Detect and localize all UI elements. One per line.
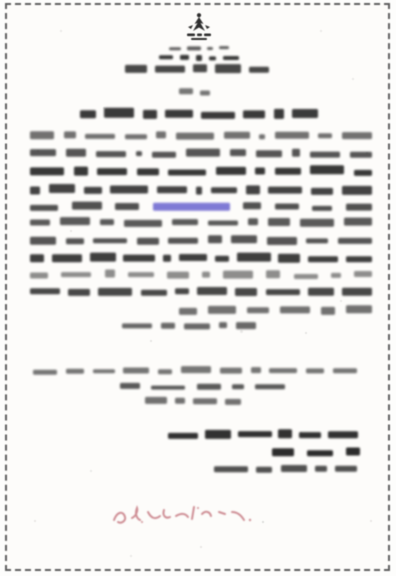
word-blob bbox=[308, 257, 338, 263]
word-blob bbox=[179, 254, 207, 261]
body-line bbox=[30, 162, 372, 175]
body-line-with-link bbox=[30, 198, 372, 210]
word-blob bbox=[30, 254, 44, 262]
word-blob bbox=[268, 218, 290, 226]
word-blob bbox=[259, 134, 265, 139]
word-blob bbox=[315, 466, 327, 472]
word-blob bbox=[294, 274, 318, 279]
word-blob bbox=[66, 149, 86, 157]
word-blob bbox=[184, 324, 210, 330]
hyperlink-text[interactable] bbox=[153, 202, 230, 210]
scan-noise-speck bbox=[60, 30, 62, 32]
word-blob bbox=[193, 398, 217, 404]
word-blob bbox=[350, 152, 372, 158]
word-blob bbox=[247, 307, 269, 313]
word-blob bbox=[175, 288, 189, 294]
word-blob bbox=[246, 186, 260, 195]
word-blob bbox=[49, 184, 75, 193]
word-blob bbox=[208, 235, 222, 243]
word-blob bbox=[30, 149, 56, 156]
word-blob bbox=[96, 151, 126, 157]
word-blob bbox=[272, 448, 294, 456]
word-blob bbox=[197, 384, 221, 390]
word-blob bbox=[120, 383, 140, 389]
body-line bbox=[30, 232, 372, 244]
word-blob bbox=[281, 465, 307, 472]
scan-noise-speck bbox=[200, 546, 202, 548]
word-blob bbox=[104, 108, 134, 118]
word-blob bbox=[267, 237, 297, 245]
word-blob bbox=[100, 219, 114, 225]
word-blob bbox=[30, 131, 54, 140]
word-blob bbox=[90, 253, 116, 262]
word-blob bbox=[61, 272, 91, 277]
word-blob bbox=[312, 206, 332, 211]
word-blob bbox=[123, 254, 155, 261]
word-blob bbox=[202, 272, 210, 278]
word-blob bbox=[137, 169, 159, 176]
note-line bbox=[120, 378, 285, 389]
scan-noise-speck bbox=[366, 152, 368, 154]
word-blob bbox=[346, 305, 372, 314]
word-blob bbox=[145, 397, 167, 404]
scan-noise-speck bbox=[262, 521, 264, 523]
word-blob bbox=[208, 220, 238, 225]
body-line bbox=[30, 214, 372, 226]
word-blob bbox=[152, 151, 176, 158]
word-blob bbox=[155, 65, 185, 72]
word-blob bbox=[307, 450, 333, 456]
signature-line-2 bbox=[272, 443, 360, 456]
word-blob bbox=[72, 201, 102, 210]
word-blob bbox=[122, 323, 152, 328]
body-line bbox=[30, 249, 372, 262]
word-blob bbox=[136, 151, 142, 157]
signature-line-1 bbox=[168, 425, 358, 438]
word-blob bbox=[266, 289, 300, 295]
word-blob bbox=[215, 256, 229, 262]
word-blob bbox=[224, 132, 250, 139]
word-blob bbox=[308, 288, 334, 296]
word-blob bbox=[268, 187, 302, 194]
word-blob bbox=[181, 366, 211, 373]
word-blob bbox=[141, 290, 167, 296]
word-blob bbox=[346, 448, 360, 456]
scan-noise-speck bbox=[103, 107, 105, 109]
word-blob bbox=[205, 430, 231, 439]
word-blob bbox=[237, 252, 271, 262]
word-blob bbox=[85, 134, 115, 139]
scan-noise-speck bbox=[150, 340, 152, 342]
word-blob bbox=[93, 369, 115, 373]
word-blob bbox=[98, 288, 132, 296]
scan-noise-speck bbox=[352, 78, 354, 80]
word-blob bbox=[275, 203, 299, 210]
word-blob bbox=[201, 112, 235, 119]
page bbox=[0, 0, 396, 576]
word-blob bbox=[84, 187, 102, 194]
word-blob bbox=[168, 433, 198, 439]
word-blob bbox=[167, 271, 189, 279]
word-blob bbox=[193, 65, 207, 73]
letterhead-line-2 bbox=[158, 50, 240, 60]
state-emblem-icon bbox=[179, 12, 219, 42]
word-blob bbox=[163, 255, 171, 262]
word-blob bbox=[306, 238, 328, 243]
word-blob bbox=[186, 148, 220, 157]
word-blob bbox=[328, 431, 358, 438]
scan-noise-speck bbox=[130, 555, 132, 557]
word-blob bbox=[280, 307, 310, 314]
note-line bbox=[140, 393, 245, 404]
word-blob bbox=[318, 133, 332, 139]
word-blob bbox=[33, 370, 57, 375]
word-blob bbox=[161, 323, 175, 329]
scan-noise-speck bbox=[300, 432, 302, 434]
word-blob bbox=[64, 131, 76, 138]
note-line bbox=[33, 363, 357, 374]
word-blob bbox=[274, 108, 284, 119]
word-blob bbox=[311, 188, 333, 195]
word-blob bbox=[333, 368, 357, 373]
signature-line-3 bbox=[214, 460, 357, 472]
word-blob bbox=[223, 270, 253, 278]
word-blob bbox=[342, 288, 372, 296]
scan-noise-speck bbox=[305, 332, 307, 334]
word-blob bbox=[30, 186, 40, 194]
word-blob bbox=[342, 186, 372, 195]
word-blob bbox=[168, 237, 198, 244]
word-blob bbox=[157, 186, 187, 193]
word-blob bbox=[243, 203, 261, 210]
word-blob bbox=[30, 167, 64, 175]
word-blob bbox=[115, 203, 139, 211]
word-blob bbox=[66, 368, 84, 374]
word-blob bbox=[60, 217, 90, 225]
word-blob bbox=[255, 384, 285, 389]
word-blob bbox=[251, 367, 261, 373]
word-blob bbox=[128, 272, 154, 277]
word-blob bbox=[230, 149, 246, 157]
word-blob bbox=[52, 254, 82, 263]
body-line bbox=[30, 127, 372, 139]
body-last-line bbox=[170, 302, 372, 314]
word-blob bbox=[331, 273, 341, 278]
word-blob bbox=[197, 287, 227, 295]
word-blob bbox=[354, 170, 372, 176]
word-blob bbox=[93, 238, 127, 243]
word-blob bbox=[275, 168, 301, 175]
word-blob bbox=[232, 384, 244, 390]
scan-noise-speck bbox=[320, 30, 322, 32]
scan-noise-speck bbox=[34, 520, 36, 522]
word-blob bbox=[30, 288, 60, 294]
word-blob bbox=[342, 132, 372, 139]
word-blob bbox=[256, 467, 272, 473]
word-blob bbox=[249, 67, 269, 73]
word-blob bbox=[236, 322, 256, 329]
scan-noise-speck bbox=[37, 150, 39, 152]
word-blob bbox=[30, 220, 50, 226]
word-blob bbox=[124, 220, 162, 227]
word-blob bbox=[165, 110, 193, 118]
word-blob bbox=[243, 111, 265, 119]
word-blob bbox=[97, 168, 127, 176]
word-blob bbox=[220, 367, 242, 373]
word-blob bbox=[235, 288, 257, 296]
title-line bbox=[80, 104, 318, 118]
word-blob bbox=[159, 55, 173, 59]
word-blob bbox=[66, 238, 84, 244]
word-blob bbox=[74, 167, 88, 176]
word-blob bbox=[196, 186, 202, 194]
word-blob bbox=[310, 152, 340, 158]
word-blob bbox=[125, 134, 147, 139]
word-blob bbox=[248, 218, 258, 225]
word-blob bbox=[179, 308, 197, 315]
body-line bbox=[30, 145, 372, 157]
word-blob bbox=[208, 306, 236, 314]
word-blob bbox=[30, 237, 56, 245]
closing-line bbox=[123, 318, 255, 329]
word-blob bbox=[214, 467, 248, 473]
word-blob bbox=[110, 185, 148, 194]
word-blob bbox=[269, 368, 297, 373]
word-blob bbox=[30, 205, 58, 211]
body-line bbox=[30, 283, 372, 295]
word-blob bbox=[225, 399, 241, 405]
word-blob bbox=[321, 307, 335, 315]
word-blob bbox=[310, 165, 344, 174]
scan-noise-speck bbox=[370, 520, 372, 522]
handwritten-signature-red-ink bbox=[108, 500, 258, 528]
word-blob bbox=[179, 88, 193, 94]
word-blob bbox=[306, 368, 324, 373]
letterhead-line-3 bbox=[128, 60, 266, 73]
word-blob bbox=[354, 271, 372, 277]
word-blob bbox=[300, 218, 334, 226]
word-blob bbox=[30, 273, 48, 279]
word-blob bbox=[275, 132, 309, 139]
word-blob bbox=[346, 256, 372, 262]
word-blob bbox=[172, 219, 198, 225]
letterhead-line-1 bbox=[172, 41, 226, 50]
word-blob bbox=[346, 203, 372, 210]
word-blob bbox=[211, 187, 237, 193]
word-blob bbox=[105, 270, 115, 278]
word-blob bbox=[156, 131, 166, 138]
word-blob bbox=[344, 218, 372, 226]
scan-noise-speck bbox=[70, 230, 72, 232]
word-blob bbox=[335, 465, 357, 472]
word-blob bbox=[292, 109, 318, 118]
scan-noise-speck bbox=[240, 330, 243, 333]
word-blob bbox=[219, 323, 227, 329]
word-blob bbox=[80, 110, 96, 118]
reference-line bbox=[175, 85, 213, 95]
word-blob bbox=[125, 65, 147, 73]
word-blob bbox=[176, 132, 214, 140]
word-blob bbox=[255, 168, 265, 175]
word-blob bbox=[175, 398, 185, 404]
word-blob bbox=[292, 148, 300, 157]
word-blob bbox=[238, 431, 272, 437]
body-line bbox=[30, 181, 372, 194]
body-line bbox=[30, 266, 372, 278]
word-blob bbox=[278, 430, 292, 439]
word-blob bbox=[219, 46, 229, 49]
scan-noise-speck bbox=[340, 300, 342, 302]
word-blob bbox=[68, 289, 90, 296]
word-blob bbox=[231, 235, 257, 243]
word-blob bbox=[299, 432, 321, 438]
word-blob bbox=[200, 91, 210, 96]
word-blob bbox=[338, 238, 372, 244]
word-blob bbox=[151, 385, 185, 389]
word-blob bbox=[123, 368, 149, 374]
word-blob bbox=[216, 167, 246, 175]
word-blob bbox=[168, 169, 206, 175]
word-blob bbox=[158, 369, 172, 374]
word-blob bbox=[256, 150, 282, 157]
word-blob bbox=[137, 238, 159, 245]
word-blob bbox=[143, 110, 157, 119]
word-blob bbox=[266, 270, 280, 279]
scan-noise-speck bbox=[90, 470, 92, 472]
word-blob bbox=[278, 254, 300, 263]
word-blob bbox=[215, 64, 241, 73]
